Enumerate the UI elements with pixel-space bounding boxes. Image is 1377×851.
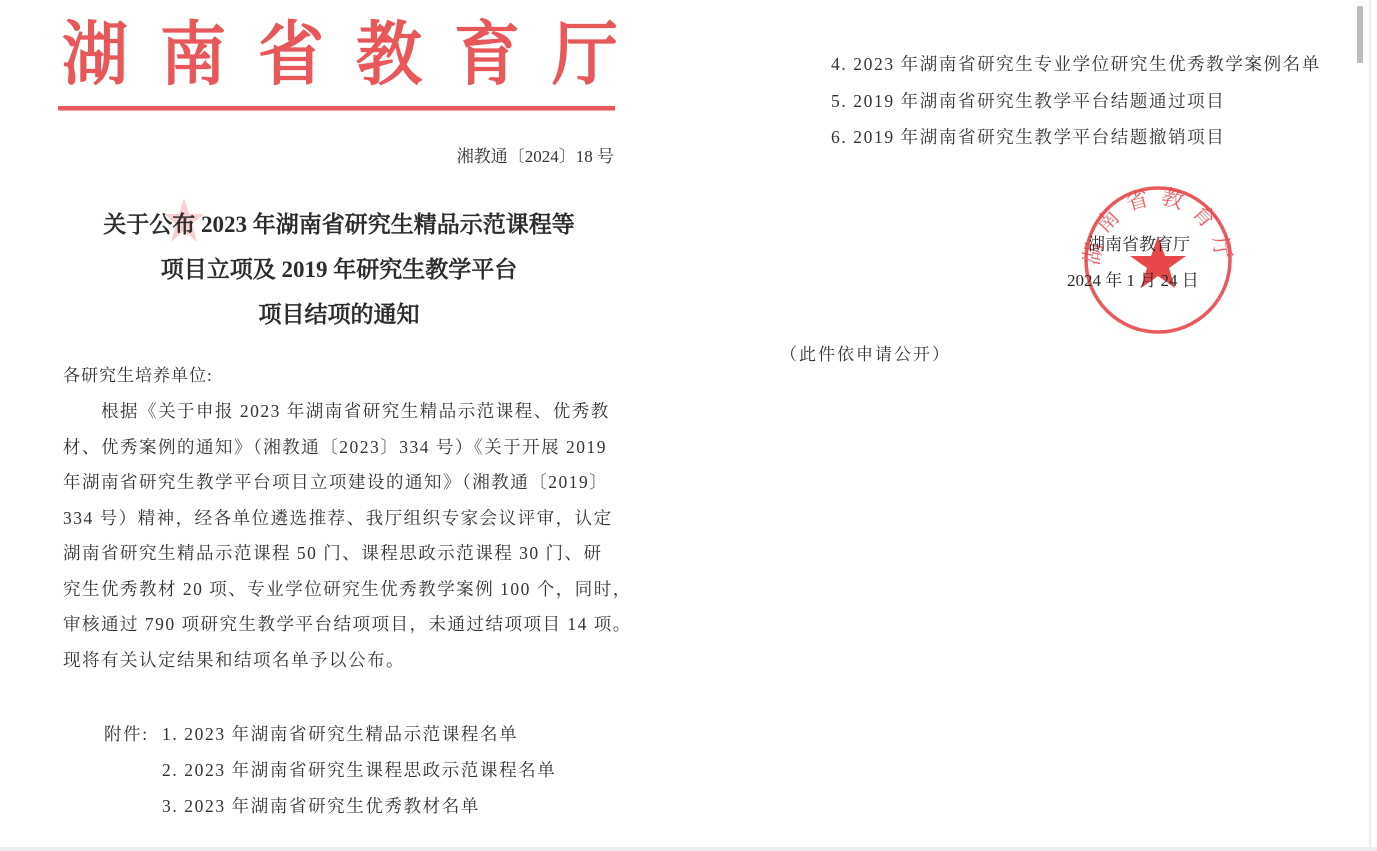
title-line: 项目结项的通知 [58, 292, 620, 337]
attachment-title: 1. 2023 年湖南省研究生精品示范课程名单 [162, 716, 518, 752]
document-viewer: 湖 南 省 教 育 厅 湘教通〔2024〕18 号 关于公布 2023 年湖南省… [0, 0, 1377, 851]
attachment-item: 2. 2023 年湖南省研究生课程思政示范课程名单 [104, 752, 556, 788]
body-line: 湖南省研究生精品示范课程 50 门、课程思政示范课程 30 门、研 [63, 536, 618, 572]
attachments-label: 附件: [104, 716, 162, 752]
masthead-char: 湖 [62, 12, 128, 96]
document-number: 湘教通〔2024〕18 号 [457, 142, 614, 167]
scrollbar-thumb[interactable] [1357, 6, 1363, 63]
attachment-title: 3. 2023 年湖南省研究生优秀教材名单 [162, 788, 480, 824]
masthead-char: 教 [356, 12, 422, 96]
page-edge-divider [1369, 0, 1371, 848]
attachment-item: 4. 2023 年湖南省研究生专业学位研究生优秀教学案例名单 [831, 46, 1321, 83]
vertical-scrollbar[interactable] [1352, 0, 1368, 848]
body-line: 根据《关于申报 2023 年湖南省研究生精品示范课程、优秀教 [63, 394, 618, 430]
masthead-char: 厅 [552, 12, 618, 96]
title-line: 关于公布 2023 年湖南省研究生精品示范课程等 [58, 202, 620, 247]
body-line: 究生优秀教材 20 项、专业学位研究生优秀教学案例 100 个，同时， [63, 572, 618, 608]
body-line: 现将有关认定结果和结项名单予以公布。 [63, 643, 618, 679]
document-title: 关于公布 2023 年湖南省研究生精品示范课程等 项目立项及 2019 年研究生… [58, 202, 620, 337]
masthead-red-rule [58, 106, 615, 110]
body-line: 材、优秀案例的通知》（湘教通〔2023〕334 号）《关于开展 2019 [63, 430, 618, 466]
attachment-item: 附件: 1. 2023 年湖南省研究生精品示范课程名单 [104, 716, 556, 752]
bottom-border [0, 847, 1377, 851]
attachments-list: 附件: 1. 2023 年湖南省研究生精品示范课程名单 2. 2023 年湖南省… [104, 716, 556, 824]
masthead-char: 育 [454, 12, 520, 96]
attachments-list-continued: 4. 2023 年湖南省研究生专业学位研究生优秀教学案例名单 5. 2019 年… [831, 46, 1321, 156]
official-seal-icon: 湖南省教育厅 [1082, 184, 1234, 336]
masthead-title: 湖 南 省 教 育 厅 [62, 14, 618, 94]
issue-date: 2024 年 1 月 24 日 [1067, 266, 1199, 291]
attachment-item: 3. 2023 年湖南省研究生优秀教材名单 [104, 788, 556, 824]
salutation: 各研究生培养单位: [63, 361, 213, 386]
title-line: 项目立项及 2019 年研究生教学平台 [58, 247, 620, 292]
attachment-item: 5. 2019 年湖南省研究生教学平台结题通过项目 [831, 83, 1321, 120]
body-line: 审核通过 790 项研究生教学平台结项项目，未通过结项项目 14 项。 [63, 607, 618, 643]
masthead-char: 南 [160, 12, 226, 96]
masthead-char: 省 [258, 12, 324, 96]
disclosure-note: （此件依申请公开） [780, 340, 951, 365]
attachment-title: 2. 2023 年湖南省研究生课程思政示范课程名单 [162, 752, 556, 788]
body-paragraph: 根据《关于申报 2023 年湖南省研究生精品示范课程、优秀教 材、优秀案例的通知… [63, 394, 618, 678]
body-line: 年湖南省研究生教学平台项目立项建设的通知》（湘教通〔2019〕 [63, 465, 618, 501]
page-left: 湖 南 省 教 育 厅 湘教通〔2024〕18 号 关于公布 2023 年湖南省… [0, 0, 680, 848]
body-line: 334 号）精神，经各单位遴选推荐、我厅组织专家会议评审，认定 [63, 501, 618, 537]
issuer-name: 湖南省教育厅 [1088, 230, 1190, 255]
attachment-item: 6. 2019 年湖南省研究生教学平台结题撤销项目 [831, 119, 1321, 156]
